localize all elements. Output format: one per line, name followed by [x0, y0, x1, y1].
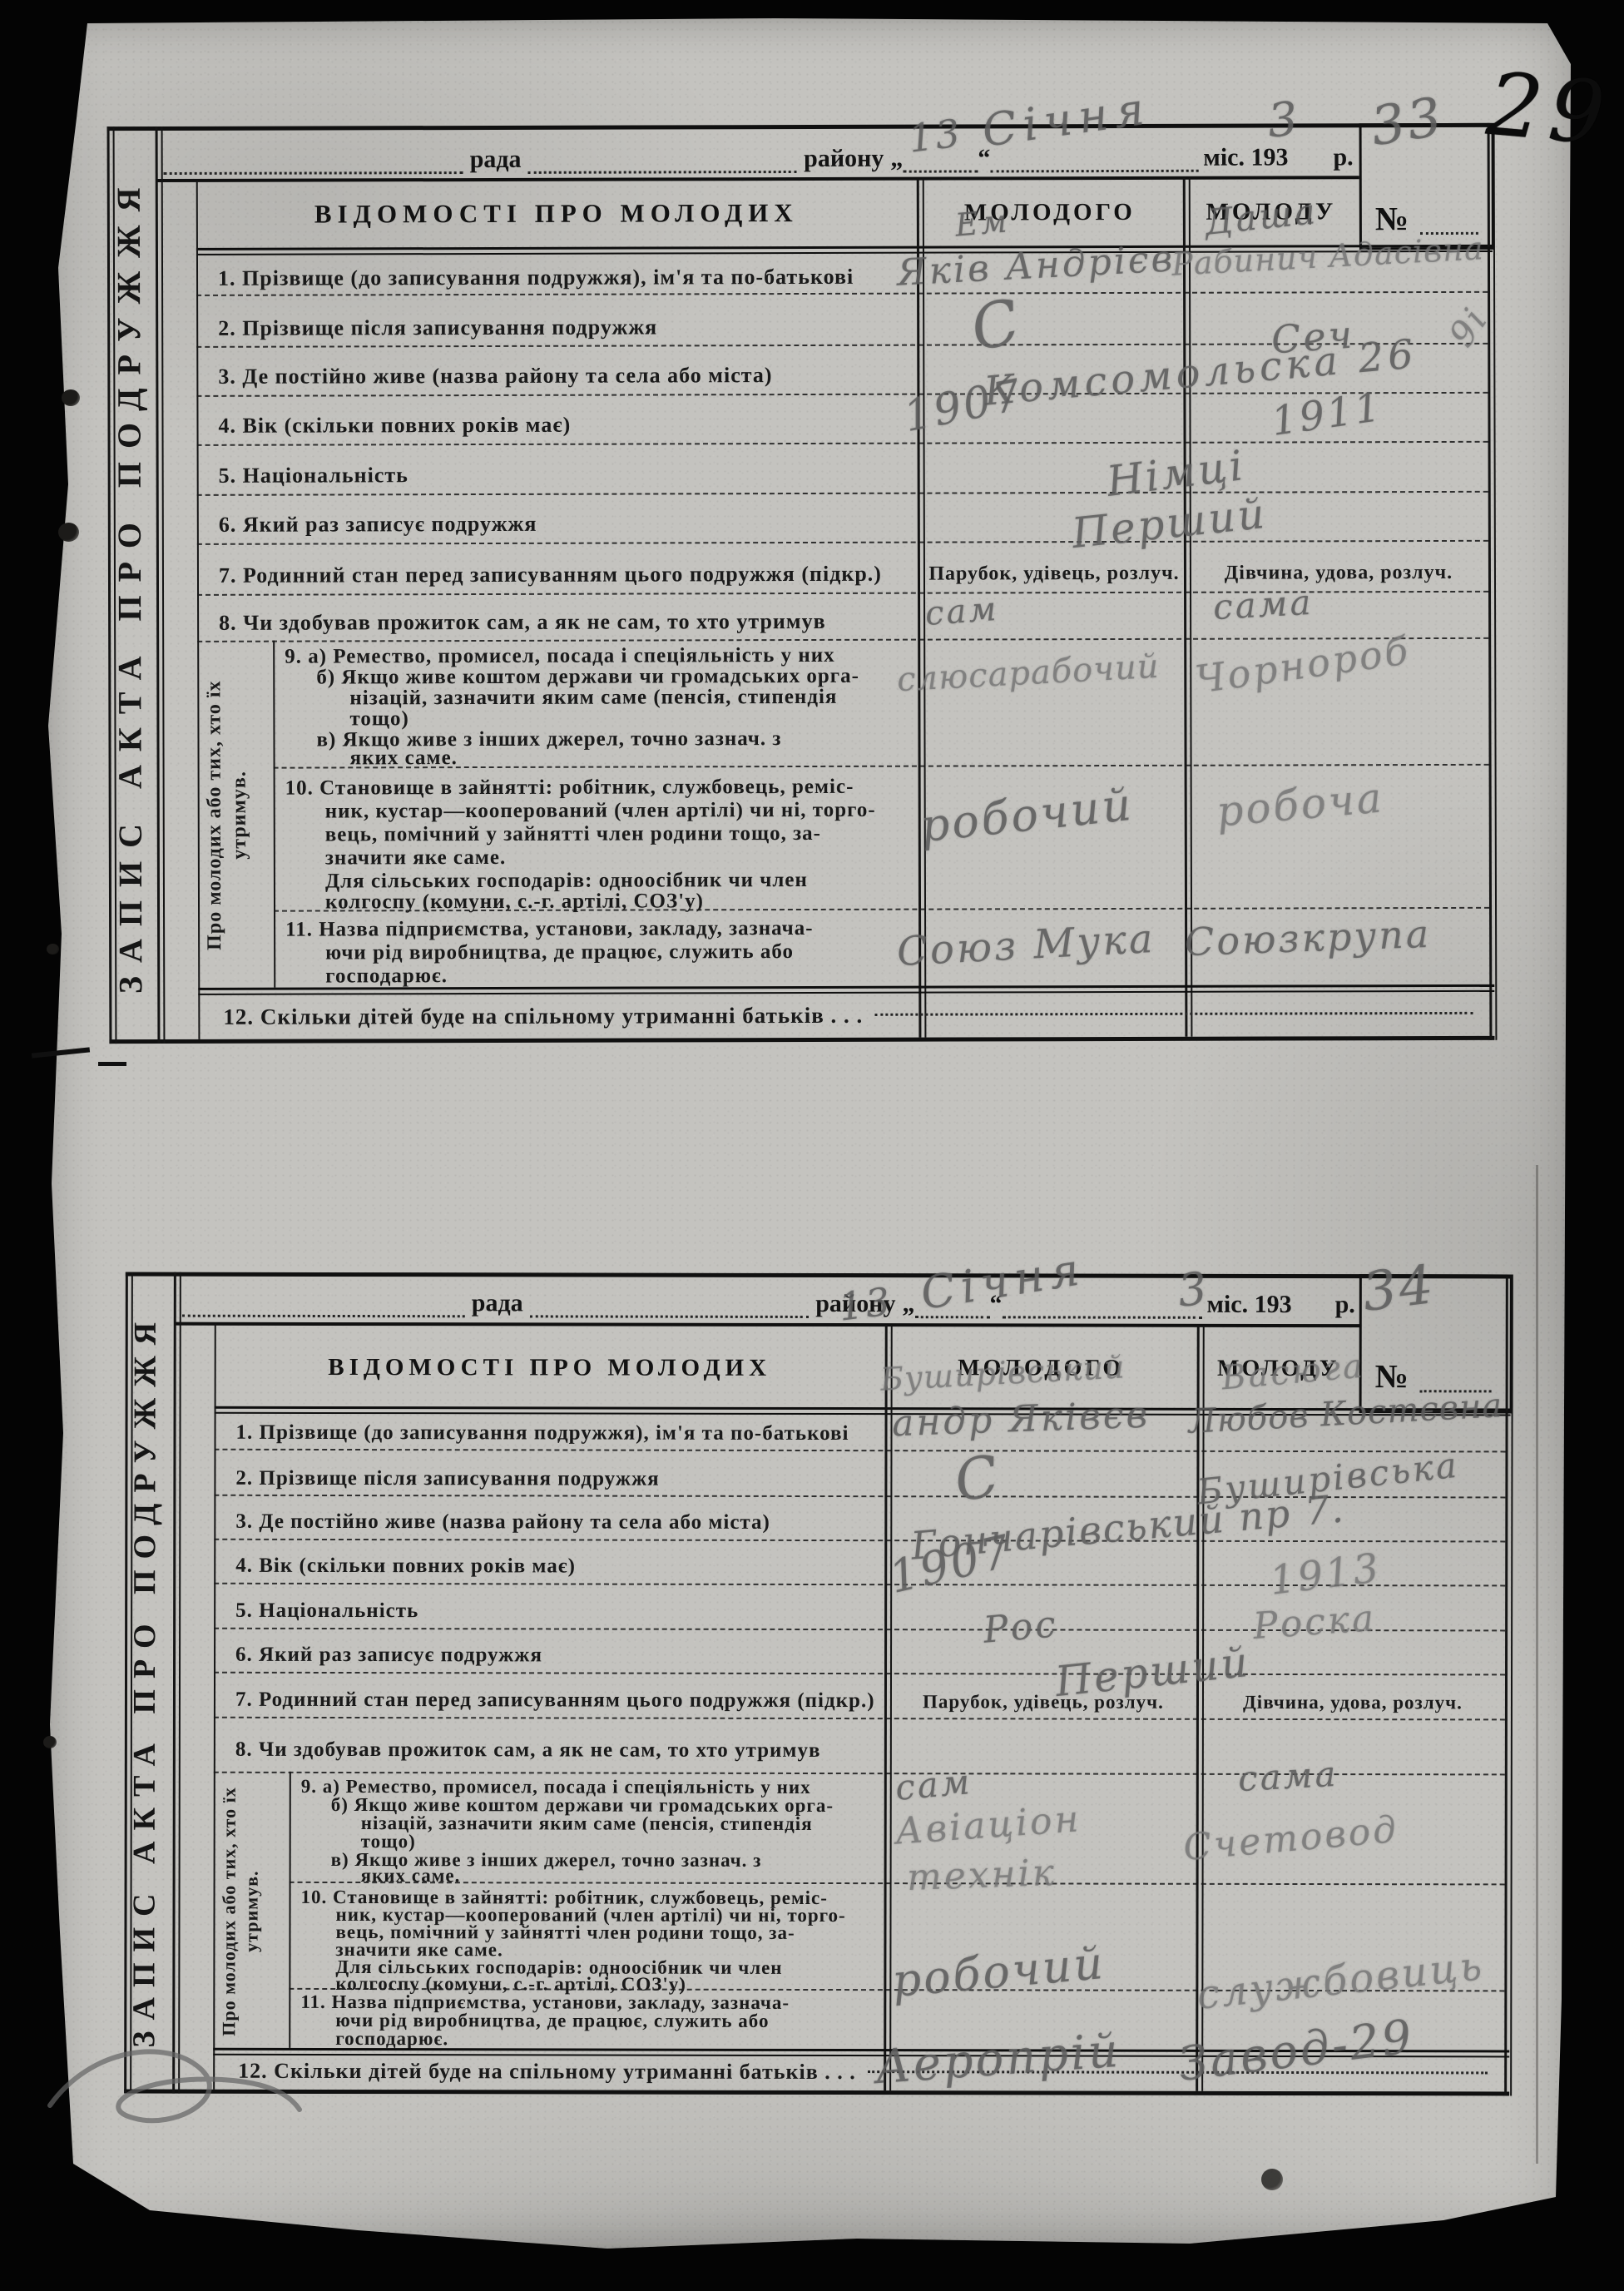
number-sign: №	[1375, 1356, 1409, 1396]
row-label-line: тощо)	[349, 707, 408, 731]
side-sub-line2: утримув.	[240, 1871, 261, 1952]
pen-flourish	[42, 2031, 308, 2147]
groom-status-options: Парубок, удівець, розлуч.	[923, 563, 1186, 586]
form-row-12: 12. Скільки дітей буде на спільному утри…	[198, 991, 1489, 1039]
hw-record-no-2: 34	[1359, 1254, 1439, 1324]
header-info: ВІДОМОСТІ ПРО МОЛОДИХ	[215, 1337, 885, 1398]
row-label-line: нізацій, зазначити яким саме (пенсія, ст…	[361, 1812, 813, 1835]
row-label-line: 10. Становище в зайнятті: робітник, служ…	[285, 776, 854, 801]
form-row-6: 6. Який раз записує подружжя	[197, 491, 1488, 545]
punch-hole	[47, 944, 59, 955]
punch-hole	[62, 389, 80, 406]
row-label: 6. Який раз записує подружжя	[235, 1644, 542, 1668]
dotted-leader	[530, 1310, 810, 1318]
row-label: 7. Родинний стан перед записуванням цьог…	[235, 1688, 875, 1713]
row-label-line: ючи рід виробництва, де працює, служить …	[325, 940, 794, 965]
row-label: 6. Який раз записує подружжя	[219, 512, 537, 538]
rada-underline	[176, 1322, 1361, 1327]
row-label: 7. Родинний стан перед записуванням цьог…	[219, 562, 882, 588]
dotted-leader	[903, 165, 978, 172]
stray-mark	[98, 1062, 126, 1066]
punch-hole	[58, 523, 79, 542]
hw-groom-name-1a: Ем	[953, 202, 1011, 244]
hw-bride-nationality-2: Роска	[1251, 1597, 1377, 1648]
dotted-leader	[874, 1006, 1473, 1015]
row-label: 4. Вік (скільки повних років має)	[218, 413, 571, 439]
dotted-leader	[990, 165, 1198, 173]
side-sub-line1: Про молодих або тих, хто їх	[218, 1787, 240, 2036]
rada-line: рада району „ “ міс. 193 р.	[164, 135, 1354, 175]
row-label: 2. Прізвище після записування подружжя	[235, 1467, 659, 1491]
scanned-page: ЗАПИС АКТА ПРО ПОДРУЖЖЯ Про молодих або …	[0, 0, 1624, 2291]
month-label: міс. 193	[1201, 1291, 1296, 1319]
row-label: 1. Прізвище (до записування подружжя), і…	[218, 265, 854, 291]
dotted-leader	[1002, 1311, 1201, 1318]
hw-day-2: 13	[836, 1278, 895, 1329]
number-sign: №	[1375, 199, 1409, 238]
hw-bride-selfsupport-1: сама	[1212, 582, 1315, 627]
row-label: 8. Чи здобував прожиток сам, а як не сам…	[235, 1738, 821, 1763]
hw-groom-nationality-2: Рос	[982, 1603, 1060, 1652]
open-quote: „	[890, 145, 903, 173]
row-label-line: ник, кустар—кооперований (член артілі) ч…	[325, 799, 876, 824]
dotted-leader	[182, 1310, 465, 1318]
side-sub-line2: утримув.	[229, 771, 250, 860]
row-label: 3. Де постійно живе (назва району та сел…	[235, 1510, 770, 1535]
paper-crease	[1536, 1165, 1538, 2164]
bride-status-options: Дівчина, удова, розлуч.	[1201, 1692, 1505, 1714]
rada-label: рада	[463, 146, 528, 174]
row-label: 1. Прізвище (до записування подружжя), і…	[236, 1421, 849, 1446]
hw-groom-selfsupport-1: сам	[924, 590, 1000, 633]
row-label: 8. Чи здобував прожиток сам, а як не сам…	[219, 609, 826, 636]
hw-bride-selfsupport-2: сама	[1237, 1753, 1339, 1799]
form-row-5: 5. Національність	[197, 441, 1488, 496]
row-label-line: господарює.	[325, 965, 448, 988]
row-label: 12. Скільки дітей буде на спільному утри…	[223, 1002, 863, 1029]
dotted-leader	[164, 166, 463, 175]
form-row-7: 7. Родинний стан перед записуванням цьог…	[214, 1672, 1505, 1721]
row-label-line: вець, помічний у зайнятті член родини то…	[325, 822, 821, 847]
hw-year-1: 3	[1265, 92, 1302, 148]
side-title-divider	[172, 1272, 181, 2094]
row-label-line: нізацій, зазначити яким саме (пенсія, ст…	[349, 686, 837, 711]
row-label: 2. Прізвище після записування подружжя	[218, 315, 657, 340]
row-label: 4. Вік (скільки повних років має)	[235, 1555, 576, 1579]
hw-year-2: 3	[1176, 1262, 1212, 1317]
row-label: 3. Де постійно живе (назва району та сел…	[218, 363, 772, 389]
side-title: ЗАПИС АКТА ПРО ПОДРУЖЖЯ	[109, 143, 158, 1025]
rayon-label: району	[797, 145, 890, 173]
side-sub-label: Про молодих або тих, хто їх утримув.	[217, 1778, 288, 2045]
ink-blot	[1261, 2169, 1283, 2190]
bride-status-options: Дівчина, удова, розлуч.	[1189, 562, 1488, 585]
year-suffix: р.	[1333, 143, 1353, 171]
hw-day-1: 13	[906, 110, 965, 161]
hw-groom-selfsupport-2: сам	[894, 1761, 973, 1808]
dotted-leader	[528, 166, 798, 174]
open-quote: „	[902, 1290, 914, 1318]
side-title: ЗАПИС АКТА ПРО ПОДРУЖЖЯ	[126, 1281, 174, 2080]
corner-page-number: 29	[1483, 53, 1615, 165]
rada-label: рада	[465, 1289, 530, 1317]
year-suffix: р.	[1335, 1291, 1355, 1319]
hw-groom-trade-2b: технік	[906, 1852, 1057, 1899]
header-info: ВІДОМОСТІ ПРО МОЛОДИХ	[196, 183, 917, 245]
row-label-line: господарює.	[335, 2028, 448, 2050]
row-label-line: значити яке саме.	[325, 846, 506, 870]
row-label: 12. Скільки дітей буде на спільному утри…	[238, 2059, 856, 2085]
row-label: 5. Національність	[219, 463, 408, 488]
row-label-line: 11. Назва підприємства, установи, заклад…	[285, 917, 814, 942]
hw-bride-employer-1: Союзкрупа	[1184, 911, 1432, 965]
hw-record-no-1: 33	[1367, 87, 1448, 159]
row-label: 5. Національність	[235, 1599, 418, 1623]
hw-groom-name-2b: андр Яківєв	[891, 1394, 1151, 1446]
punch-hole	[43, 1736, 57, 1748]
side-sub-label: Про молодих або тих, хто їх утримув.	[201, 649, 272, 982]
side-sub-line1: Про молодих або тих, хто їх	[203, 681, 225, 950]
